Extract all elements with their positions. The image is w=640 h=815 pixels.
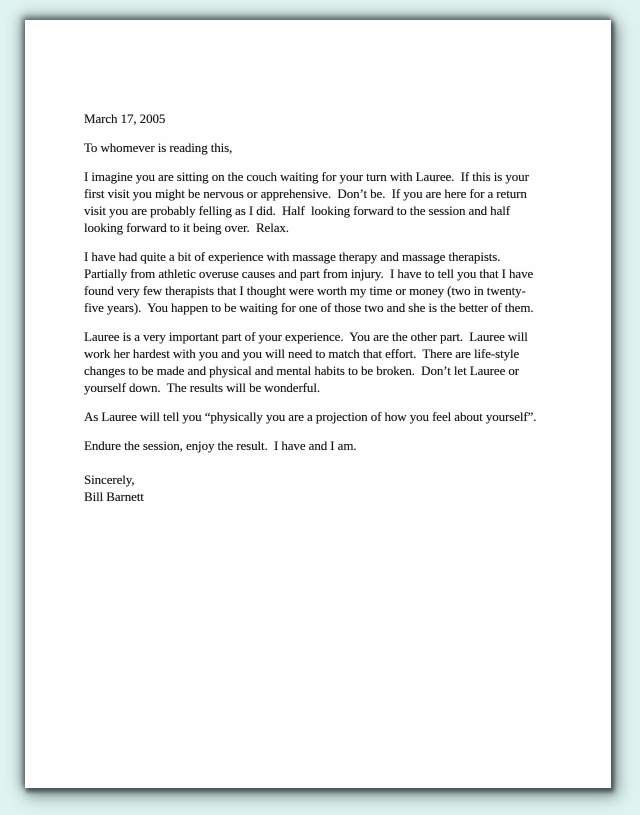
letter-paragraph-3: Lauree is a very important part of your … [84,328,571,396]
letter-salutation: To whomever is reading this, [84,139,571,156]
desk-background: March 17, 2005 To whomever is reading th… [0,0,640,815]
letter-closing-signature: Sincerely, Bill Barnett [84,471,571,505]
letter-paragraph-endure: Endure the session, enjoy the result. I … [84,437,571,454]
letter-paragraph-2: I have had quite a bit of experience wit… [84,248,571,316]
letter-paragraph-quote: As Lauree will tell you “physically you … [84,408,571,425]
letter-page: March 17, 2005 To whomever is reading th… [25,20,611,788]
letter-date: March 17, 2005 [84,110,571,127]
letter-paragraph-1: I imagine you are sitting on the couch w… [84,168,571,236]
